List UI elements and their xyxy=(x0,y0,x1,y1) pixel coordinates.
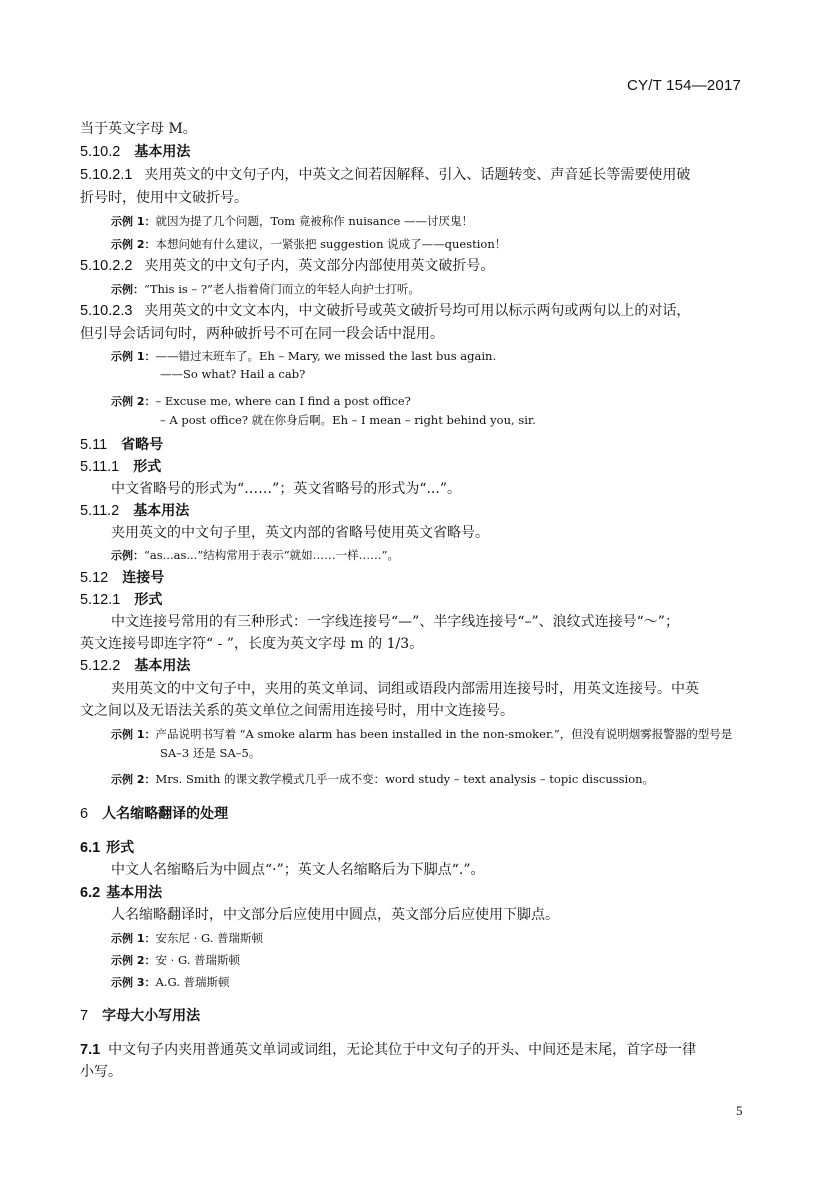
clause-5-10-2-3: 5.10.2.3夹用英文的中文文本内，中文破折号或英文破折号均可用以标示两句或两… xyxy=(80,300,690,320)
section-title: 连接号 xyxy=(122,570,164,586)
chapter-heading-6: 6人名缩略翻译的处理 xyxy=(80,803,228,823)
clause-number: 5.10.2.2 xyxy=(80,258,132,274)
section-title: 基本用法 xyxy=(134,658,190,674)
paragraph-continuation: 英文连接号即连字符“ - ”，长度为英文字母 m 的 1/3。 xyxy=(80,633,423,653)
chapter-number: 6 xyxy=(80,806,88,822)
clause-number: 7.1 xyxy=(80,1042,100,1058)
paragraph: 中文省略号的形式为“……”；英文省略号的形式为“...”。 xyxy=(111,478,461,498)
example-text: 产品说明书写着 “A smoke alarm has been installe… xyxy=(155,727,732,741)
example-text: 安东尼 · G. 普瑞斯顿 xyxy=(155,931,263,945)
paragraph-continuation: 当于英文字母 M。 xyxy=(80,118,197,138)
example-label: 示例： xyxy=(111,549,144,562)
clause-5-10-2-2: 5.10.2.2夹用英文的中文句子内，英文部分内部使用英文破折号。 xyxy=(80,255,494,275)
section-title: 基本用法 xyxy=(134,144,190,160)
example-item: 示例 1：产品说明书写着 “A smoke alarm has been ins… xyxy=(111,723,732,742)
section-heading-5-12-1: 5.12.1形式 xyxy=(80,589,162,609)
example-item: 示例 2：安 · G. 普瑞斯顿 xyxy=(111,949,240,968)
chapter-number: 7 xyxy=(80,1008,88,1024)
paragraph: 夹用英文的中文句子中，夹用的英文单词、词组或语段内部需用连接号时，用英文连接号。… xyxy=(111,678,699,698)
clause-continuation: 但引导会话词句时，两种破折号不可在同一段会话中混用。 xyxy=(80,323,444,343)
paragraph: 中文人名缩略后为中圆点“·”；英文人名缩略后为下脚点“.”。 xyxy=(111,859,485,879)
section-heading-6-2: 6.2基本用法 xyxy=(80,882,162,902)
example-text: 安 · G. 普瑞斯顿 xyxy=(155,953,240,967)
clause-text: 夹用英文的中文文本内，中文破折号或英文破折号均可用以标示两句或两句以上的对话， xyxy=(144,303,690,319)
section-heading-5-12-2: 5.12.2基本用法 xyxy=(80,655,190,675)
example-text: “This is – ?”老人指着倚门而立的年轻人向护士打听。 xyxy=(144,282,420,296)
section-number: 6.1 xyxy=(80,840,100,856)
example-label: 示例 1： xyxy=(111,932,155,945)
clause-continuation: 折号时，使用中文破折号。 xyxy=(80,187,248,207)
example-label: 示例： xyxy=(111,283,144,296)
example-text: Mrs. Smith 的课文教学模式几乎一成不变：word study – te… xyxy=(155,772,654,786)
clause-number: 5.10.2.3 xyxy=(80,303,132,319)
section-title: 省略号 xyxy=(121,437,163,453)
section-number: 5.11.1 xyxy=(80,459,119,475)
section-number: 5.10.2 xyxy=(80,144,120,160)
example-label: 示例 2： xyxy=(111,954,155,967)
section-heading-5-10-2: 5.10.2基本用法 xyxy=(80,141,190,161)
clause-number: 5.10.2.1 xyxy=(80,167,132,183)
paragraph: 夹用英文的中文句子里，英文内部的省略号使用英文省略号。 xyxy=(111,522,489,542)
example-continuation: – A post office? 就在你身后啊。Eh – I mean – ri… xyxy=(160,412,536,428)
standard-code-header: CY/T 154—2017 xyxy=(627,77,741,94)
example-item: 示例 2：本想问她有什么建议，一紧张把 suggestion 说成了——ques… xyxy=(111,233,506,252)
section-number: 5.12.2 xyxy=(80,658,120,674)
example-label: 示例 1： xyxy=(111,728,155,741)
clause-text: 夹用英文的中文句子内，英文部分内部使用英文破折号。 xyxy=(144,258,494,274)
section-title: 基本用法 xyxy=(106,885,162,901)
example-item: 示例 1：——错过末班车了。Eh – Mary, we missed the l… xyxy=(111,345,496,364)
chapter-heading-7: 7字母大小写用法 xyxy=(80,1005,200,1025)
section-heading-5-11-2: 5.11.2基本用法 xyxy=(80,500,189,520)
section-heading-5-11: 5.11省略号 xyxy=(80,434,163,454)
section-number: 5.12 xyxy=(80,570,108,586)
paragraph: 中文连接号常用的有三种形式：一字线连接号“—”、半字线连接号“–”、浪纹式连接号… xyxy=(111,611,679,631)
clause-text: 夹用英文的中文句子内，中英文之间若因解释、引入、话题转变、声音延长等需要使用破 xyxy=(144,167,690,183)
example-text: 本想问她有什么建议，一紧张把 suggestion 说成了——question！ xyxy=(155,237,506,251)
clause-text: 中文句子内夹用普通英文单词或词组，无论其位于中文句子的开头、中间还是末尾，首字母… xyxy=(108,1042,696,1058)
example-label: 示例 2： xyxy=(111,395,155,408)
example-text: – Excuse me, where can I find a post off… xyxy=(155,394,410,408)
example-text: “as...as...”结构常用于表示“就如……一样……”。 xyxy=(144,548,399,562)
clause-5-10-2-1: 5.10.2.1夹用英文的中文句子内，中英文之间若因解释、引入、话题转变、声音延… xyxy=(80,164,690,184)
section-title: 形式 xyxy=(106,840,134,856)
example-item: 示例 3：A.G. 普瑞斯顿 xyxy=(111,971,230,990)
example-label: 示例 1： xyxy=(111,215,155,228)
chapter-title: 字母大小写用法 xyxy=(102,1008,200,1024)
clause-continuation: 小写。 xyxy=(80,1061,122,1081)
example-item: 示例：“as...as...”结构常用于表示“就如……一样……”。 xyxy=(111,544,399,563)
example-item: 示例 1：就因为提了几个问题，Tom 竟被称作 nuisance ——讨厌鬼！ xyxy=(111,210,473,229)
page-number: 5 xyxy=(736,1103,743,1119)
example-label: 示例 1： xyxy=(111,350,155,363)
section-heading-6-1: 6.1形式 xyxy=(80,837,134,857)
example-label: 示例 3： xyxy=(111,976,155,989)
example-continuation: SA–3 还是 SA–5。 xyxy=(160,745,260,761)
example-continuation: ——So what? Hail a cab? xyxy=(160,367,305,381)
example-label: 示例 2： xyxy=(111,238,155,251)
section-number: 6.2 xyxy=(80,885,100,901)
section-title: 基本用法 xyxy=(133,503,189,519)
example-text: ——错过末班车了。Eh – Mary, we missed the last b… xyxy=(155,349,496,363)
example-item: 示例 1：安东尼 · G. 普瑞斯顿 xyxy=(111,927,263,946)
section-heading-5-11-1: 5.11.1形式 xyxy=(80,456,161,476)
section-number: 5.12.1 xyxy=(80,592,120,608)
example-item: 示例：“This is – ?”老人指着倚门而立的年轻人向护士打听。 xyxy=(111,278,420,297)
section-number: 5.11.2 xyxy=(80,503,119,519)
example-text: 就因为提了几个问题，Tom 竟被称作 nuisance ——讨厌鬼！ xyxy=(155,214,472,228)
section-title: 形式 xyxy=(134,592,162,608)
example-item: 示例 2：Mrs. Smith 的课文教学模式几乎一成不变：word study… xyxy=(111,768,654,787)
chapter-title: 人名缩略翻译的处理 xyxy=(102,806,228,822)
section-title: 形式 xyxy=(133,459,161,475)
example-item: 示例 2：– Excuse me, where can I find a pos… xyxy=(111,390,411,409)
example-text: A.G. 普瑞斯顿 xyxy=(155,975,229,989)
section-heading-5-12: 5.12连接号 xyxy=(80,567,164,587)
paragraph: 人名缩略翻译时，中文部分后应使用中圆点，英文部分后应使用下脚点。 xyxy=(111,904,559,924)
section-number: 5.11 xyxy=(80,437,107,453)
example-label: 示例 2： xyxy=(111,773,155,786)
clause-7-1: 7.1中文句子内夹用普通英文单词或词组，无论其位于中文句子的开头、中间还是末尾，… xyxy=(80,1039,696,1059)
paragraph-continuation: 文之间以及无语法关系的英文单位之间需用连接号时，用中文连接号。 xyxy=(80,700,514,720)
